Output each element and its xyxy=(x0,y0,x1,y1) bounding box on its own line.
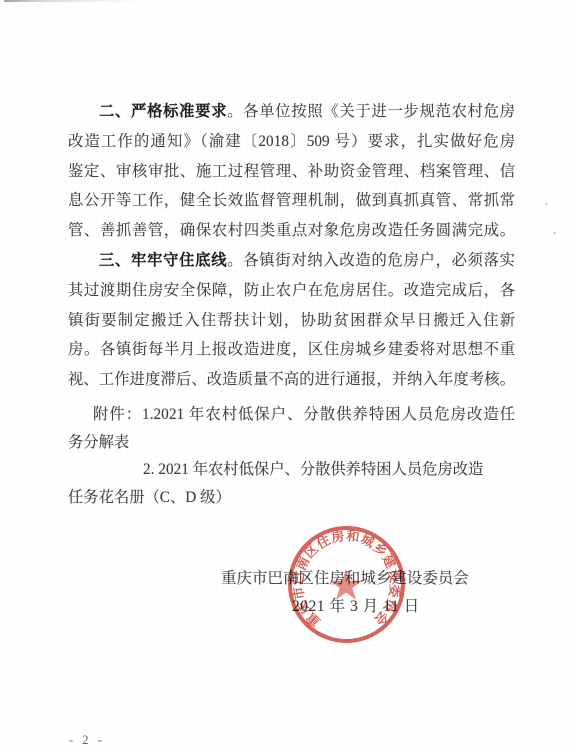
body-line: 镇街要制定搬迁入住帮扶计划，协助贫困群众早日搬迁入住新 xyxy=(68,306,515,336)
body-line: 其过渡期住房安全保障，防止农户在危房居住。改造完成后，各 xyxy=(68,276,515,306)
document-page: 二、严格标准要求。各单位按照《关于进一步规范农村危房 改造工作的通知》（渝建〔2… xyxy=(0,0,579,755)
body-line: 改造工作的通知》（渝建〔2018〕509 号）要求，扎实做好危房 xyxy=(68,127,515,157)
body-line: 鉴定、审核审批、施工过程管理、补助资金管理、档案管理、信 xyxy=(68,157,515,187)
section-heading: 三、牢牢守住底线 xyxy=(99,252,227,269)
attachment-line: 任务花名册（C、D 级） xyxy=(68,484,515,512)
document-body: 二、严格标准要求。各单位按照《关于进一步规范农村危房 改造工作的通知》（渝建〔2… xyxy=(68,97,515,395)
body-line: 二、严格标准要求。各单位按照《关于进一步规范农村危房 xyxy=(68,97,515,127)
body-line: 管、善抓善管，确保农村四类重点对象危房改造任务圆满完成。 xyxy=(68,216,515,246)
body-line: 息公开等工作，健全长效监督管理机制，做到真抓真管、常抓常 xyxy=(68,186,515,216)
body-text: 。各镇街对纳入改造的危房户，必须落实 xyxy=(227,252,515,269)
seal-star-icon xyxy=(330,569,362,600)
body-line: 房。各镇街每半月上报改造进度，区住房城乡建委将对思想不重 xyxy=(68,335,515,365)
attachment-line: 务分解表 xyxy=(68,429,515,457)
attachment-line: 附件：1.2021 年农村低保户、分散供养特困人员危房改造任 xyxy=(68,401,515,429)
body-text: 。各单位按照《关于进一步规范农村危房 xyxy=(227,103,515,120)
official-seal-graphic: 重庆市巴南区住房和城乡建设委员会 xyxy=(286,524,407,645)
attachment-line: 2. 2021 年农村低保户、分散供养特困人员危房改造 xyxy=(68,456,515,484)
body-line: 三、牢牢守住底线。各镇街对纳入改造的危房户，必须落实 xyxy=(68,246,515,276)
scan-artifact xyxy=(4,0,144,2)
scan-speck xyxy=(553,232,556,234)
attachment-list: 附件：1.2021 年农村低保户、分散供养特困人员危房改造任 务分解表 2. 2… xyxy=(68,401,515,511)
page-number: - 2 - xyxy=(69,733,105,748)
body-line: 视、工作进度滞后、改造质量不高的进行通报，并纳入年度考核。 xyxy=(68,365,515,395)
official-seal: 重庆市巴南区住房和城乡建设委员会 xyxy=(286,524,407,645)
section-heading: 二、严格标准要求 xyxy=(99,103,227,120)
scan-speck xyxy=(545,203,548,205)
